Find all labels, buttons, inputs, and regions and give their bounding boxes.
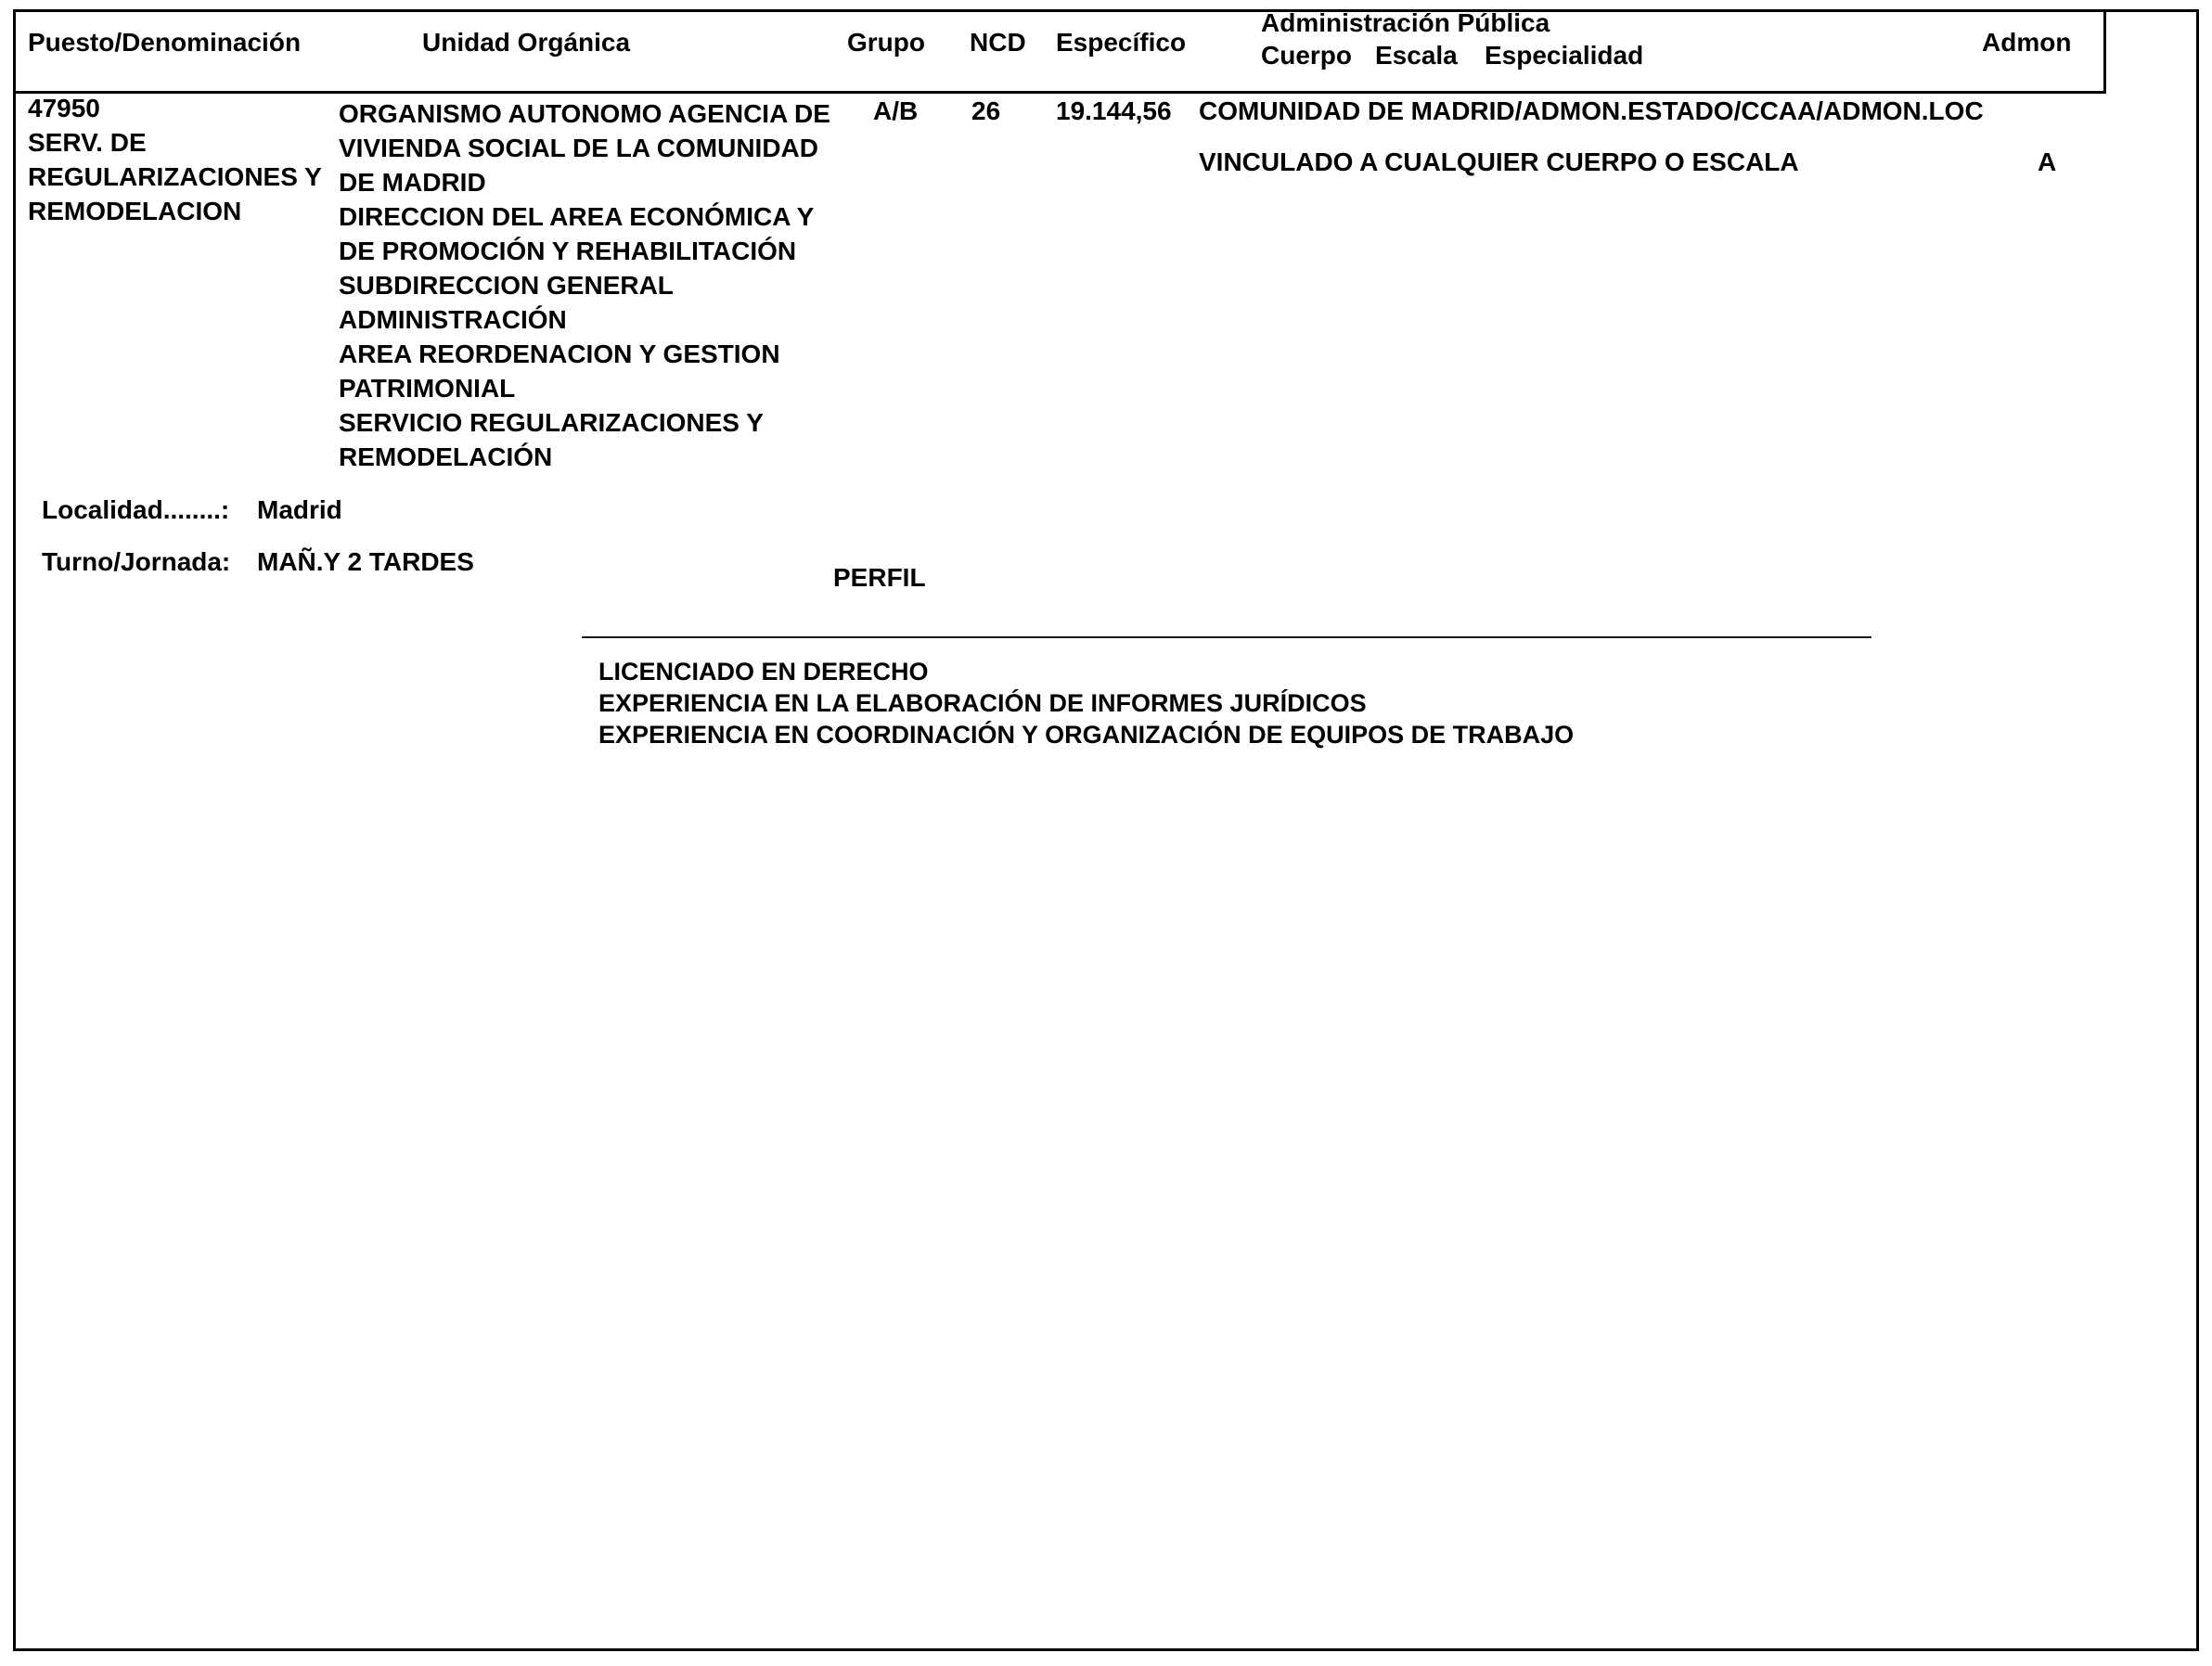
column-header-admon: Admon bbox=[1982, 27, 2071, 58]
org-unit: DIRECCION DEL AREA ECONÓMICA Y DE PROMOC… bbox=[339, 199, 844, 268]
org-unit: SUBDIRECCION GENERAL ADMINISTRACIÓN bbox=[339, 268, 844, 337]
perfil-item: LICENCIADO EN DERECHO bbox=[598, 656, 1574, 687]
admon-value: A bbox=[2038, 145, 2056, 179]
column-header-especialidad: Especialidad bbox=[1485, 40, 1643, 71]
column-header-ncd: NCD bbox=[970, 27, 1026, 58]
perfil-section-title: PERFIL bbox=[833, 562, 926, 594]
document-page: { "page": { "columns": { "puesto": "Pues… bbox=[0, 0, 2212, 1666]
especifico-value: 19.144,56 bbox=[1056, 94, 1172, 128]
column-header-cuerpo: Cuerpo bbox=[1261, 40, 1352, 71]
column-header-grupo: Grupo bbox=[847, 27, 925, 58]
column-header-especifico: Específico bbox=[1056, 27, 1186, 58]
localidad-value: Madrid bbox=[257, 494, 342, 526]
column-header-escala: Escala bbox=[1375, 40, 1458, 71]
perfil-item: EXPERIENCIA EN LA ELABORACIÓN DE INFORME… bbox=[598, 687, 1574, 719]
grupo-value: A/B bbox=[873, 94, 918, 128]
localidad-label: Localidad........: bbox=[42, 494, 229, 526]
column-header-unidad: Unidad Orgánica bbox=[422, 27, 630, 58]
perfil-requirements-list: LICENCIADO EN DERECHO EXPERIENCIA EN LA … bbox=[598, 656, 1574, 750]
turno-jornada-value: MAÑ.Y 2 TARDES bbox=[257, 546, 474, 578]
column-header-admin-publica: Administración Pública bbox=[1261, 7, 1550, 39]
org-unit: SERVICIO REGULARIZACIONES Y REMODELACIÓN bbox=[339, 405, 844, 474]
turno-jornada-label: Turno/Jornada: bbox=[42, 546, 230, 578]
column-header-puesto: Puesto/Denominación bbox=[28, 27, 301, 58]
perfil-item: EXPERIENCIA EN COORDINACIÓN Y ORGANIZACI… bbox=[598, 719, 1574, 750]
ncd-value: 26 bbox=[971, 94, 1000, 128]
admin-publica-value: COMUNIDAD DE MADRID/ADMON.ESTADO/CCAA/AD… bbox=[1199, 94, 1984, 128]
org-unit: ORGANISMO AUTONOMO AGENCIA DE VIVIENDA S… bbox=[339, 96, 844, 199]
puesto-codigo: 47950 bbox=[28, 91, 100, 125]
unidad-organica-list: ORGANISMO AUTONOMO AGENCIA DE VIVIENDA S… bbox=[339, 96, 844, 474]
org-unit: AREA REORDENACION Y GESTION PATRIMONIAL bbox=[339, 337, 844, 405]
puesto-denominacion: SERV. DE REGULARIZACIONES Y REMODELACION bbox=[28, 125, 339, 228]
perfil-divider-line bbox=[582, 636, 1871, 638]
vinculacion-value: VINCULADO A CUALQUIER CUERPO O ESCALA bbox=[1199, 145, 1799, 179]
